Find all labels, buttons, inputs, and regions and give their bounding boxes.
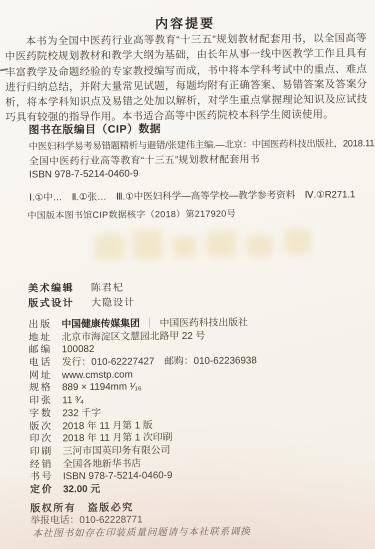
pub-label: 印刷	[30, 446, 54, 459]
pub-label: 字数	[29, 408, 53, 421]
pub-value: www.cmstp.com	[62, 369, 133, 382]
pub-value: 发行：010-62227427 邮购：010-62236938	[62, 355, 257, 370]
quality-exchange-note: 本社图书如存在印装质量问题请与本社联系调换	[32, 523, 250, 539]
show-through-watermark	[95, 226, 330, 270]
pub-label: 网址	[29, 370, 53, 383]
page-content: 内容提要 本书为全国中医药行业高等教育“十三五”规划教材配套用书，以全国高等中医…	[0, 0, 375, 549]
pub-label: 印张	[29, 395, 53, 408]
publisher-name: 中国医药科技出版社	[160, 317, 248, 329]
publisher-group: 中国健康传媒集团	[61, 318, 139, 330]
credit-label: 美术编辑	[28, 279, 80, 294]
pub-value: 232 千字	[62, 408, 101, 421]
pub-value: 100082	[62, 344, 95, 357]
credit-value: 陈君杞	[91, 283, 124, 294]
pub-label: 印次	[30, 433, 54, 446]
pub-value: 三河市国英印务有限公司	[63, 445, 171, 459]
credit-layout-design: 版式设计 大隐设计	[28, 294, 135, 310]
pub-value: 32.00 元	[63, 484, 100, 497]
cip-series-line: 全国中医药行业高等教育“十三五”规划教材配套用书	[29, 151, 260, 167]
pub-row-phone: 电话 发行：010-62227427 邮购：010-62236938	[29, 355, 257, 370]
pub-value: ISBN 978-7-5214-0460-9	[63, 470, 173, 484]
pub-value: 2018 年 11 月第 1 版	[62, 420, 152, 434]
pub-label: 电话	[29, 357, 53, 370]
summary-paragraph: 本书为全国中医药行业高等教育“十三五”规划教材配套用书，以全国高等中医药院校规划…	[5, 31, 368, 126]
cip-heading: 图书在版编目（CIP）数据	[29, 121, 162, 137]
pub-label: 版次	[29, 421, 53, 434]
pub-value: 中国健康传媒集团｜中国医药科技出版社	[61, 317, 247, 331]
pub-label: 定价	[30, 484, 54, 497]
pub-label: 邮编	[29, 345, 53, 358]
pub-label: 地址	[29, 332, 53, 345]
cip-entry-line: 中医妇科学易考易错题精析与避错/张建伟主编.—北京：中国医药科技出版社，2018…	[29, 135, 374, 152]
pub-label: 经销	[30, 459, 54, 472]
pub-value: 2018 年 11 月第 1 次印刷	[63, 432, 173, 446]
credit-art-editor: 美术编辑 陈君杞	[28, 279, 124, 295]
publication-details: 出版 中国健康传媒集团｜中国医药科技出版社 地址 北京市海淀区文慧园北路甲 22…	[28, 317, 258, 497]
pub-value: 全国各地新华书店	[63, 458, 141, 471]
pub-label: 出版	[28, 319, 52, 332]
credit-value: 大隐设计	[91, 298, 135, 309]
pub-label: 规格	[29, 383, 53, 396]
pub-value: 北京市海淀区文慧园北路甲 22 号	[62, 331, 206, 345]
pub-row-price: 定价 32.00 元	[30, 482, 258, 497]
summary-title: 内容提要	[0, 11, 373, 34]
pub-row-publisher: 出版 中国健康传媒集团｜中国医药科技出版社	[28, 317, 256, 332]
pub-label: 书号	[30, 472, 54, 485]
cip-record-number: 中国版本图书馆CIP数据核字（2018）第217920号	[27, 207, 236, 222]
pub-value: 889 × 1194mm ¹⁄₁₆	[62, 382, 142, 395]
cip-isbn: ISBN 978-7-5214-0460-9	[29, 168, 139, 180]
book-copyright-page: 内容提要 本书为全国中医药行业高等教育“十三五”规划教材配套用书，以全国高等中医…	[0, 0, 375, 549]
pub-value: 11 ³⁄₄	[62, 395, 84, 408]
cip-classification: Ⅰ.①中… Ⅱ.①张… Ⅲ.①中医妇科学—高等学校—教学参考资料 Ⅳ.①R271…	[29, 186, 374, 203]
credit-label: 版式设计	[28, 294, 80, 309]
publisher-separator: ｜	[145, 318, 155, 329]
